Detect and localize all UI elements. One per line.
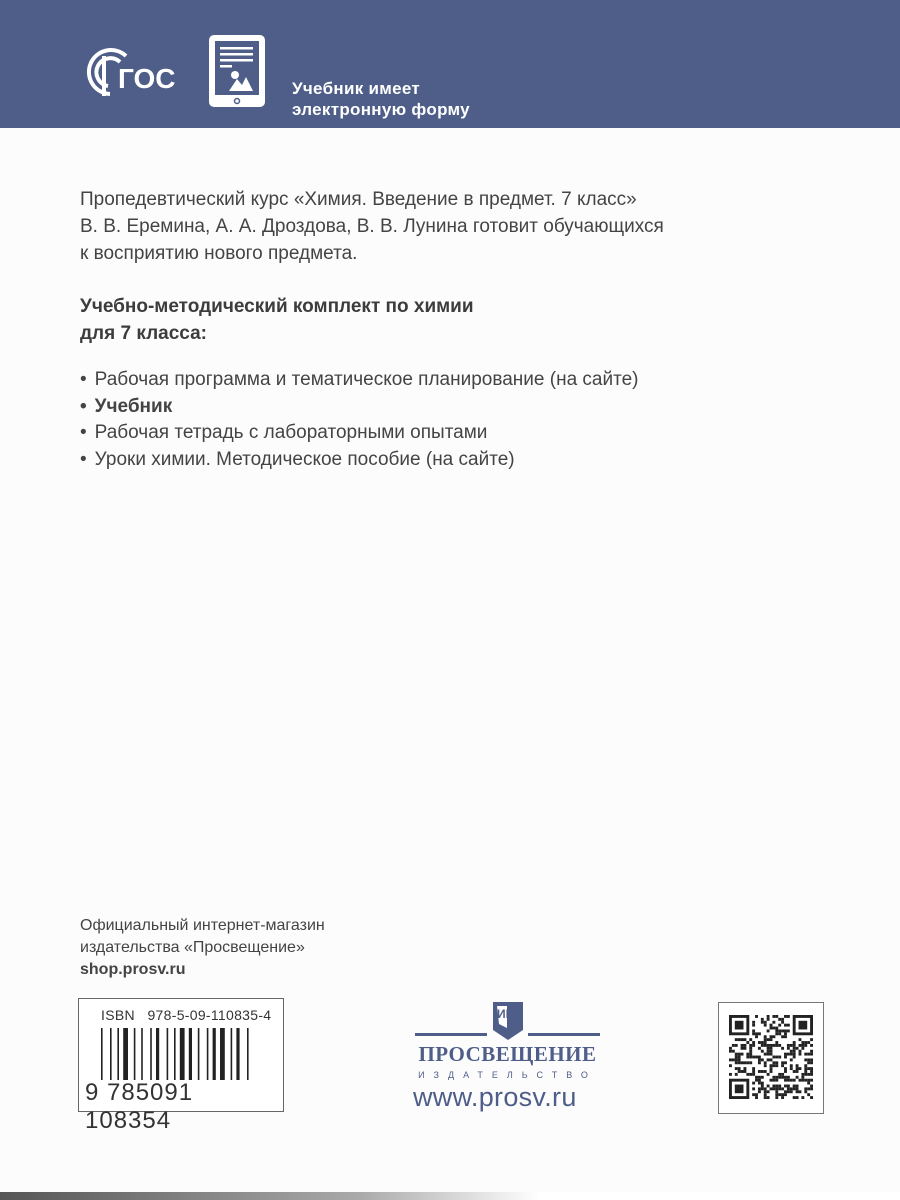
qr-code-icon[interactable] [729,1015,813,1099]
list-item: Рабочая программа и тематическое планиро… [80,367,638,394]
intro-line-1: Пропедевтический курс «Химия. Введение в… [80,186,840,213]
shop-line-1: Официальный интернет-магазин [80,915,325,937]
intro-line-2: В. В. Еремина, А. А. Дроздова, В. В. Лун… [80,213,840,240]
svg-text:ИП: ИП [497,1007,514,1021]
shop-url-link[interactable]: shop.prosv.ru [80,959,325,981]
electronic-form-note: Учебник имеет электронную форму [292,78,470,120]
tablet-icon [207,33,267,109]
isbn-barcode-block: ISBN 978-5-09-110835-4 9 785091 108354 [78,998,284,1112]
kit-title-line-2: для 7 класса: [80,320,474,347]
qr-code-block [718,1002,824,1114]
kit-title: Учебно-методический комплект по химии дл… [80,293,474,347]
kit-title-line-1: Учебно-методический комплект по химии [80,293,474,320]
fgos-logo-icon: ГОС [82,44,182,100]
publisher-website-link[interactable]: www.prosv.ru [413,1082,577,1113]
kit-list: Рабочая программа и тематическое планиро… [80,367,638,473]
cover-edge [0,1192,900,1200]
svg-text:ГОС: ГОС [118,63,176,94]
header-banner: ГОС Учебник имеет электронную форму [0,0,900,128]
eform-line-1: Учебник имеет [292,78,470,99]
publisher-name: ПРОСВЕЩЕНИЕ [415,1042,600,1067]
publisher-subtitle: ИЗДАТЕЛЬСТВО [415,1070,600,1080]
isbn-prefix: ISBN [101,1007,135,1023]
eform-line-2: электронную форму [292,99,470,120]
barcode-digits: 9 785091 108354 [85,1079,283,1135]
course-description: Пропедевтический курс «Химия. Введение в… [80,186,840,267]
intro-line-3: к восприятию нового предмета. [80,240,840,267]
barcode-icon [101,1028,281,1080]
list-item: Уроки химии. Методическое пособие (на са… [80,447,638,474]
prosveshchenie-logo-icon: ИП [415,1000,600,1040]
isbn-value: 978-5-09-110835-4 [147,1007,271,1023]
list-item: Рабочая тетрадь с лабораторными опытами [80,420,638,447]
list-item: Учебник [80,394,638,421]
shop-info: Официальный интернет-магазин издательств… [80,915,325,981]
isbn-label: ISBN 978-5-09-110835-4 [101,1007,271,1023]
shop-line-2: издательства «Просвещение» [80,937,325,959]
